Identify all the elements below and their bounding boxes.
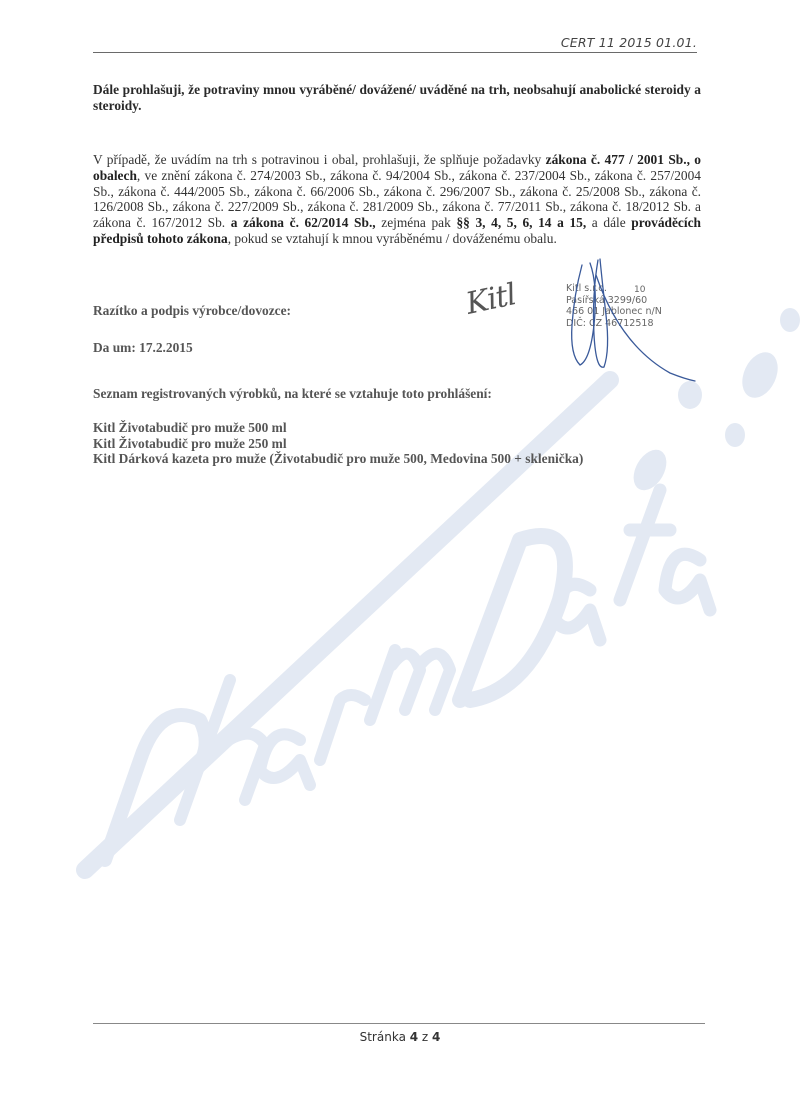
products-list: Kitl Životabudič pro muže 500 ml Kitl Ži… bbox=[93, 420, 583, 467]
products-list-title: Seznam registrovaných výrobků, na které … bbox=[93, 386, 492, 402]
product-item: Kitl Životabudič pro muže 500 ml bbox=[93, 420, 583, 436]
law-sections: §§ 3, 4, 5, 6, 14 a 15, bbox=[456, 215, 586, 230]
packaging-mid2: a dále bbox=[586, 215, 631, 230]
date-label: Da um: 17.2.2015 bbox=[93, 340, 193, 356]
current-page: 4 bbox=[410, 1030, 418, 1044]
stamp-signature-label: Razítko a podpis výrobce/dovozce: bbox=[93, 303, 291, 319]
company-logo: Kitl bbox=[463, 277, 519, 322]
product-item: Kitl Životabudič pro muže 250 ml bbox=[93, 436, 583, 452]
footer-divider bbox=[93, 1023, 705, 1024]
packaging-declaration: V případě, že uvádím na trh s potravinou… bbox=[93, 152, 701, 247]
steroid-declaration: Dále prohlašuji, že potraviny mnou vyráb… bbox=[93, 82, 701, 114]
packaging-intro: V případě, že uvádím na trh s potravinou… bbox=[93, 152, 546, 167]
packaging-end: , pokud se vztahují k mnou vyráběnému / … bbox=[228, 231, 557, 246]
handwritten-signature bbox=[560, 255, 720, 385]
law-reference-last: a zákona č. 62/2014 Sb., bbox=[231, 215, 376, 230]
header-divider bbox=[93, 52, 697, 53]
document-reference: CERT 11 2015 01.01. bbox=[561, 35, 697, 50]
page-prefix: Stránka bbox=[360, 1030, 410, 1044]
product-item: Kitl Dárková kazeta pro muže (Životabudi… bbox=[93, 451, 583, 467]
page-number: Stránka 4 z 4 bbox=[0, 1030, 800, 1044]
page-separator: z bbox=[418, 1030, 432, 1044]
packaging-mid: zejména pak bbox=[376, 215, 457, 230]
total-pages: 4 bbox=[432, 1030, 440, 1044]
